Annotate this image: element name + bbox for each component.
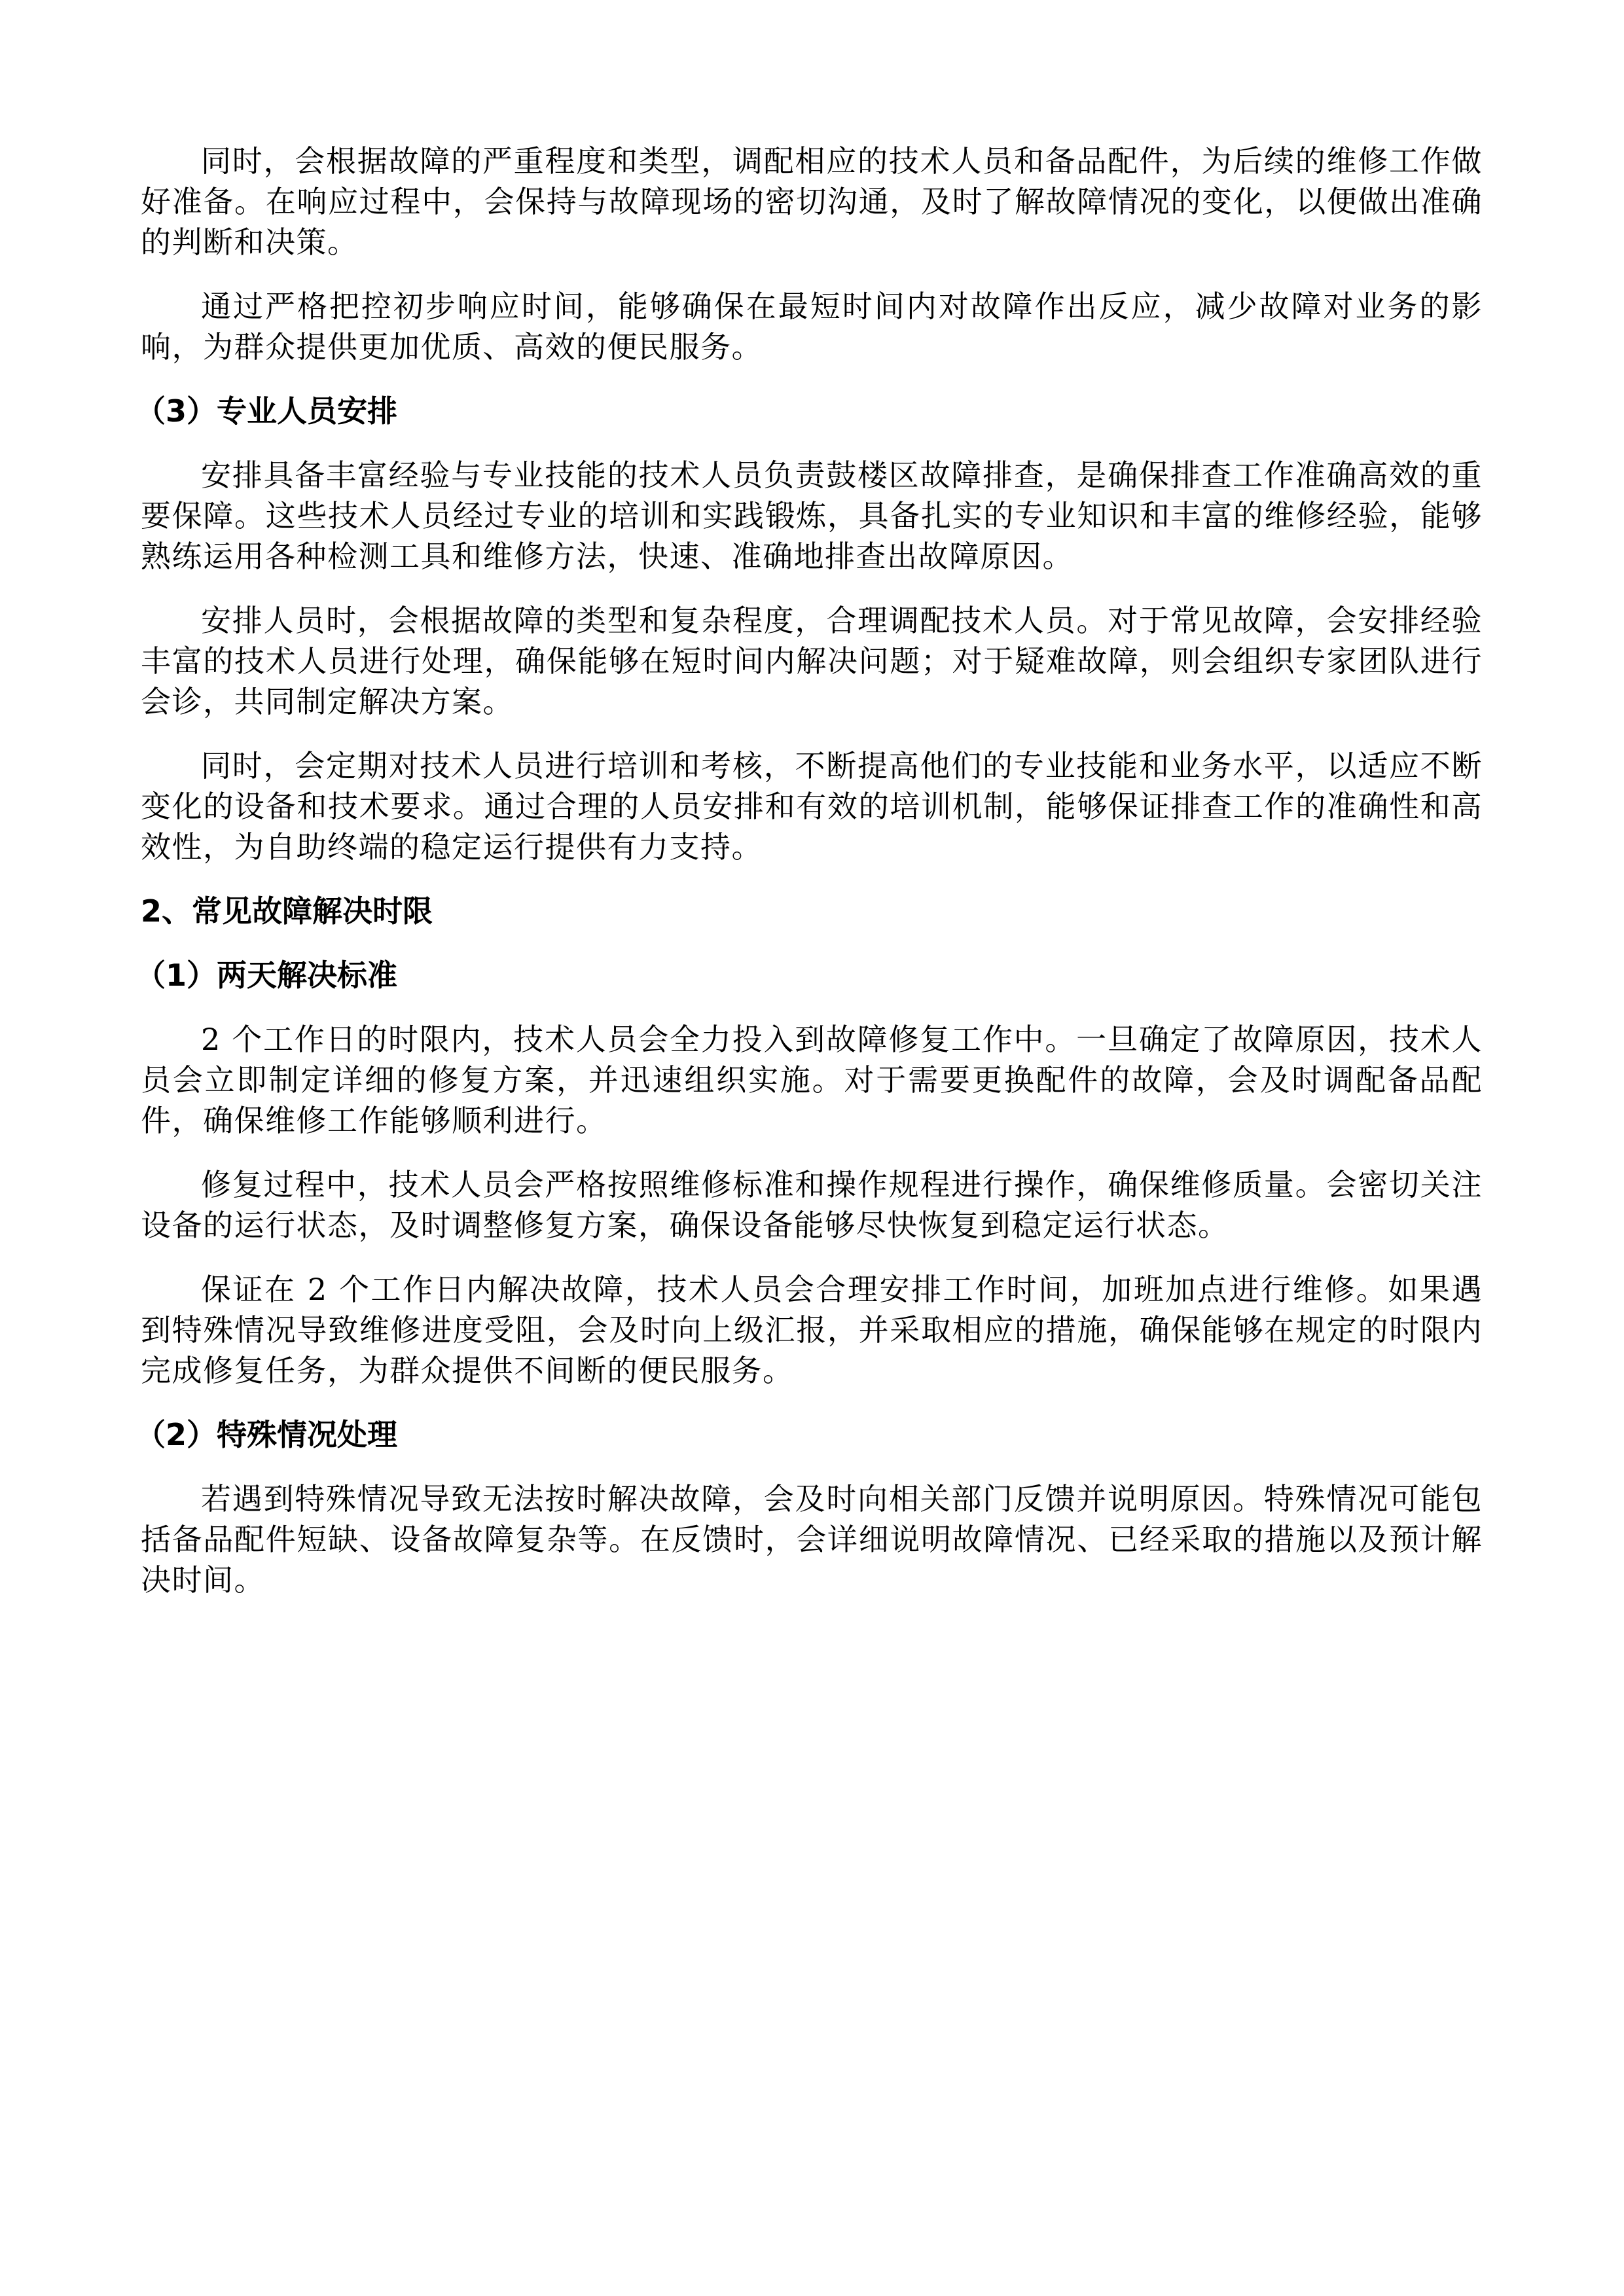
chapter-heading: 2、常见故障解决时限	[141, 891, 1483, 931]
paragraph: 同时，会根据故障的严重程度和类型，调配相应的技术人员和备品配件，为后续的维修工作…	[141, 141, 1483, 262]
section-heading: （2）特殊情况处理	[141, 1414, 1483, 1455]
paragraph: 保证在 2 个工作日内解决故障，技术人员会合理安排工作时间，加班加点进行维修。如…	[141, 1269, 1483, 1391]
paragraph: 安排具备丰富经验与专业技能的技术人员负责鼓楼区故障排查，是确保排查工作准确高效的…	[141, 455, 1483, 577]
section-heading: （1）两天解决标准	[141, 955, 1483, 996]
paragraph: 同时，会定期对技术人员进行培训和考核，不断提高他们的专业技能和业务水平，以适应不…	[141, 745, 1483, 867]
paragraph: 修复过程中，技术人员会严格按照维修标准和操作规程进行操作，确保维修质量。会密切关…	[141, 1164, 1483, 1246]
section-heading: （3）专业人员安排	[141, 391, 1483, 431]
paragraph: 通过严格把控初步响应时间，能够确保在最短时间内对故障作出反应，减少故障对业务的影…	[141, 286, 1483, 367]
paragraph: 若遇到特殊情况导致无法按时解决故障，会及时向相关部门反馈并说明原因。特殊情况可能…	[141, 1479, 1483, 1600]
paragraph: 2 个工作日的时限内，技术人员会全力投入到故障修复工作中。一旦确定了故障原因，技…	[141, 1019, 1483, 1141]
document-page: 同时，会根据故障的严重程度和类型，调配相应的技术人员和备品配件，为后续的维修工作…	[141, 141, 1483, 1624]
paragraph: 安排人员时，会根据故障的类型和复杂程度，合理调配技术人员。对于常见故障，会安排经…	[141, 600, 1483, 722]
